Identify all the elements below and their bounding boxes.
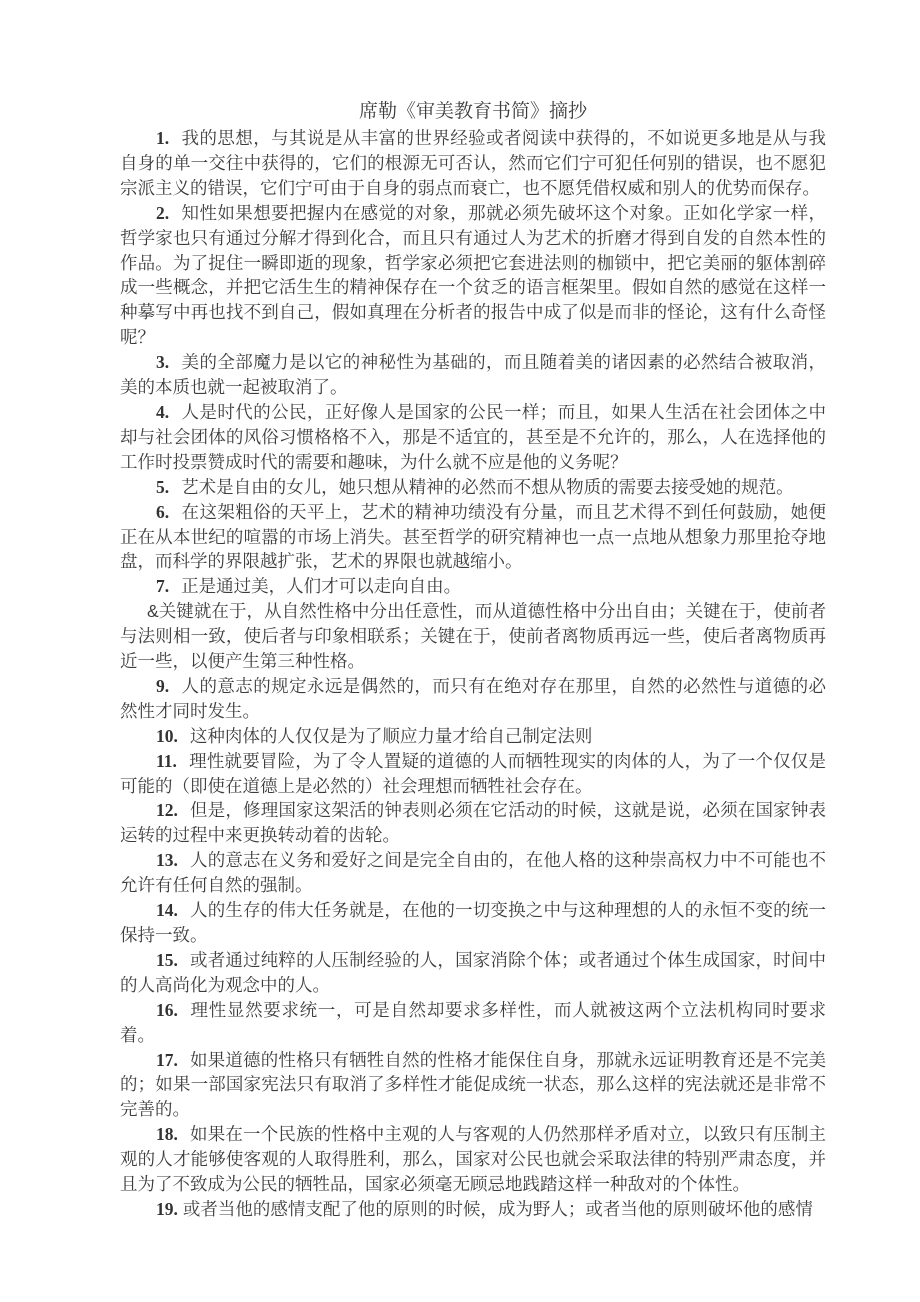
item-text: 或者通过纯粹的人压制经验的人，国家消除个体；或者通过个体生成国家，时间中的人高尚… [120,950,826,995]
item-number: 1. [156,128,181,148]
item-text: 人的意志的规定永远是偶然的，而只有在绝对存在那里，自然的必然性与道德的必然性才同… [120,676,826,721]
item-text: 人是时代的公民，正好像人是国家的公民一样；而且，如果人生活在社会团体之中却与社会… [120,402,826,472]
list-item: 13.人的意志在义务和爱好之间是完全自由的，在他人格的这种崇高权力中不可能也不允… [120,848,826,898]
list-item: 14.人的生存的伟大任务就是，在他的一切变换之中与这种理想的人的永恒不变的统一保… [120,898,826,948]
item-number: 11. [156,751,189,771]
document-content: 席勒《审美教育书简》摘抄 1.我的思想，与其说是从丰富的世界经验或者阅读中获得的… [120,99,826,1222]
item-text: 理性就要冒险，为了令人置疑的道德的人而牺牲现实的肉体的人，为了一个仅仅是可能的（… [120,751,826,796]
item-text: 在这架粗俗的天平上，艺术的精神功绩没有分量，而且艺术得不到任何鼓励，她便正在从本… [120,502,826,572]
item-text: 理性显然要求统一，可是自然却要求多样性，而人就被这两个立法机构同时要求着。 [120,1000,826,1045]
item-number: 14. [156,900,190,920]
list-item: 4.人是时代的公民，正好像人是国家的公民一样；而且，如果人生活在社会团体之中却与… [120,400,826,475]
list-item: 1.我的思想，与其说是从丰富的世界经验或者阅读中获得的，不如说更多地是从与我自身… [120,126,826,201]
item-text: 这种肉体的人仅仅是为了顺应力量才给自己制定法则 [190,726,593,746]
item-number: 15. [156,950,190,970]
item-number: 3. [156,352,181,372]
list-item: 2.知性如果想要把握内在感觉的对象，那就必须先破坏这个对象。正如化学家一样，哲学… [120,201,826,350]
item-text: 人的意志在义务和爱好之间是完全自由的，在他人格的这种崇高权力中不可能也不允许有任… [120,850,826,895]
list-item: 10.这种肉体的人仅仅是为了顺应力量才给自己制定法则 [120,724,826,749]
item-number: 13. [156,850,190,870]
excerpt-list: 1.我的思想，与其说是从丰富的世界经验或者阅读中获得的，不如说更多地是从与我自身… [120,126,826,1222]
item-text: 正是通过美，人们才可以走向自由。 [181,576,461,596]
item-number: 18. [156,1124,190,1144]
list-item: 19.或者当他的感情支配了他的原则的时候，成为野人；或者当他的原则破坏他的感情 [120,1197,826,1222]
item-number: 17. [156,1050,190,1070]
item-text: 但是，修理国家这架活的钟表则必须在它活动的时候，这就是说，必须在国家钟表运转的过… [120,800,826,845]
item-number: 19. [156,1199,183,1219]
item-number: 5. [156,477,181,497]
item-text: 如果道德的性格只有牺牲自然的性格才能保住自身，那就永远证明教育还是不完美的；如果… [120,1050,826,1120]
list-item: 7.正是通过美，人们才可以走向自由。 [120,574,826,599]
list-item: 6.在这架粗俗的天平上，艺术的精神功绩没有分量，而且艺术得不到任何鼓励，她便正在… [120,500,826,575]
list-item: 12.但是，修理国家这架活的钟表则必须在它活动的时候，这就是说，必须在国家钟表运… [120,798,826,848]
item-number: 4. [156,402,181,422]
item-text: 知性如果想要把握内在感觉的对象，那就必须先破坏这个对象。正如化学家一样，哲学家也… [120,203,826,348]
document-page: 席勒《审美教育书简》摘抄 1.我的思想，与其说是从丰富的世界经验或者阅读中获得的… [0,0,920,1302]
list-item: 11.理性就要冒险，为了令人置疑的道德的人而牺牲现实的肉体的人，为了一个仅仅是可… [120,749,826,799]
page-title: 席勒《审美教育书简》摘抄 [120,99,826,125]
list-item: 18.如果在一个民族的性格中主观的人与客观的人仍然那样矛盾对立，以致只有压制主观… [120,1122,826,1197]
item-number: 9. [156,676,181,696]
item-text: 美的全部魔力是以它的神秘性为基础的，而且随着美的诸因素的必然结合被取消，美的本质… [120,352,826,397]
list-item: 15.或者通过纯粹的人压制经验的人，国家消除个体；或者通过个体生成国家，时间中的… [120,948,826,998]
item-text: 或者当他的感情支配了他的原则的时候，成为野人；或者当他的原则破坏他的感情 [183,1199,813,1219]
list-item: &关键就在于，从自然性格中分出任意性，而从道德性格中分出自由；关键在于，使前者与… [120,599,826,674]
list-item: 16.理性显然要求统一，可是自然却要求多样性，而人就被这两个立法机构同时要求着。 [120,998,826,1048]
list-item: 3.美的全部魔力是以它的神秘性为基础的，而且随着美的诸因素的必然结合被取消，美的… [120,350,826,400]
item-text: 如果在一个民族的性格中主观的人与客观的人仍然那样矛盾对立，以致只有压制主观的人才… [120,1124,826,1194]
item-text: 关键就在于，从自然性格中分出任意性，而从道德性格中分出自由；关键在于，使前者与法… [120,601,826,671]
item-text: 我的思想，与其说是从丰富的世界经验或者阅读中获得的，不如说更多地是从与我自身的单… [120,128,826,198]
item-text: 人的生存的伟大任务就是，在他的一切变换之中与这种理想的人的永恒不变的统一保持一致… [120,900,826,945]
item-number: 16. [156,1000,190,1020]
item-number: 2. [156,203,181,223]
item-number: 6. [156,502,181,522]
list-item: 9.人的意志的规定永远是偶然的，而只有在绝对存在那里，自然的必然性与道德的必然性… [120,674,826,724]
item-number: 10. [156,726,190,746]
item-number: 7. [156,576,181,596]
list-item: 17.如果道德的性格只有牺牲自然的性格才能保住自身，那就永远证明教育还是不完美的… [120,1048,826,1123]
item-number: & [147,601,159,621]
list-item: 5.艺术是自由的女儿，她只想从精神的必然而不想从物质的需要去接受她的规范。 [120,475,826,500]
item-number: 12. [156,800,190,820]
item-text: 艺术是自由的女儿，她只想从精神的必然而不想从物质的需要去接受她的规范。 [181,477,794,497]
